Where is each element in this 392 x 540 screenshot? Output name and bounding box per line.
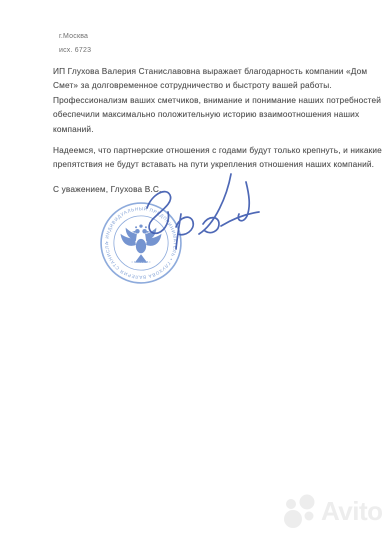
letter-city: г.Москва bbox=[59, 30, 91, 44]
scanned-letter-page: г.Москва исх. 6723 ИП Глухова Валерия Ст… bbox=[0, 0, 392, 540]
letter-ref-number: исх. 6723 bbox=[59, 44, 91, 58]
signature-stroke bbox=[203, 218, 219, 233]
paragraph-line: обеспечили максимально положительную ист… bbox=[53, 107, 381, 121]
signature-stroke bbox=[199, 174, 231, 234]
paragraph-line: компаний. bbox=[53, 122, 381, 136]
paragraph-line: ИП Глухова Валерия Станиславовна выражае… bbox=[53, 64, 381, 78]
signature bbox=[133, 168, 273, 256]
letter-header: г.Москва исх. 6723 bbox=[59, 30, 91, 58]
avito-wordmark: Avito bbox=[321, 492, 383, 530]
avito-logo-icon bbox=[283, 492, 319, 530]
paragraph-line: Надеемся, что партнерские отношения с го… bbox=[53, 143, 382, 157]
signature-stroke bbox=[147, 192, 171, 234]
paragraph-line: Профессионализм ваших сметчиков, внимани… bbox=[53, 93, 381, 107]
paragraph-line: Смет» за долговременное сотрудничество и… bbox=[53, 78, 381, 92]
stamp-bottom-text: • г. Москва • bbox=[132, 260, 152, 264]
avito-watermark: Avito bbox=[283, 492, 383, 530]
letter-paragraph-1: ИП Глухова Валерия Станиславовна выражае… bbox=[53, 64, 381, 136]
signature-stroke bbox=[176, 214, 193, 249]
